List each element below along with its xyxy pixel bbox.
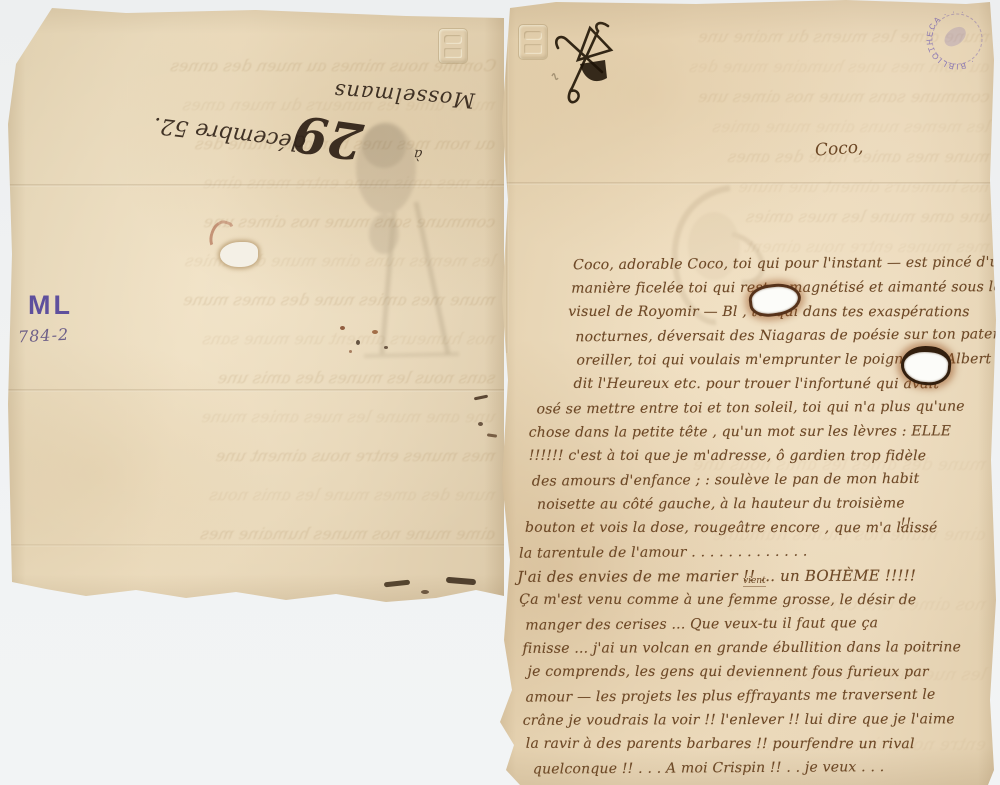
ink-speck <box>478 422 483 426</box>
library-stamp-center <box>941 23 970 50</box>
ink-speck <box>421 590 429 594</box>
letter-line: la tarentule de l'amour . . . . . . . . … <box>517 538 995 565</box>
superscript-insertion: vient <box>743 576 766 587</box>
showthrough-line: aime mune nos munes humaine mes <box>7 514 508 553</box>
showthrough-line: commune sans mune nos aimes une <box>7 202 508 241</box>
fold-crease <box>496 182 998 185</box>
ink-speck <box>356 340 360 345</box>
salutation: Coco, <box>814 137 864 160</box>
letter-line: je comprends, les gens qui deviennent fo… <box>518 660 996 684</box>
rotated-inscription-prefix: à <box>413 146 422 163</box>
showthrough-line: ne mes amis mune entre mens aime <box>7 163 508 202</box>
letter-line: noisette au côté gauche, à la hauteur du… <box>517 491 995 517</box>
ink-speck <box>384 346 388 349</box>
ink-doodle-sketch <box>548 18 624 110</box>
library-stamp: · BIBLIOTHECA · · · <box>911 0 1000 85</box>
letter-line: chose dans la petite tête , qu'un mot su… <box>517 419 995 445</box>
showthrough-line: mune mes amies nune des ames <box>501 142 998 172</box>
letter-page-left: Comme nous mimes au muen des annesmune a… <box>6 4 504 604</box>
fold-crease <box>6 544 504 547</box>
ink-dash <box>487 433 497 437</box>
showthrough-line: mune mes amies nune des ames mune <box>7 280 508 319</box>
showthrough-line: sans nous les munes des amis une <box>7 358 508 397</box>
interline-exclamation: !! <box>900 516 911 532</box>
letter-line: crâne je voudrais la voir !! l'enlever !… <box>518 707 996 733</box>
letter-page-right: mune aime les muens du maine uneau nom m… <box>496 0 998 785</box>
letter-line: quelconque !! . . . A moi Crispin !! . .… <box>518 754 996 781</box>
fold-crease <box>6 184 504 187</box>
scan-canvas: Comme nous mimes au muen des annesmune a… <box>0 0 1000 785</box>
ink-speck <box>349 350 352 353</box>
ink-dash <box>474 395 488 401</box>
letter-line: Ça m'est venu comme à une femme grosse, … <box>517 588 995 612</box>
letter-line: !!!!!! c'est à toi que je m'adresse, ô g… <box>517 444 995 468</box>
showthrough-line: mes munes entre nous aiment une <box>7 436 508 475</box>
rotated-inscription-date: décembre 52. <box>135 110 307 156</box>
ink-mark <box>384 580 410 588</box>
embossed-paper-stamp <box>518 24 548 60</box>
letter-line: bouton et vois la dose, rougeâtre encore… <box>517 516 995 540</box>
letter-line: des amours d'enfance ; : soulève le pan … <box>517 466 995 493</box>
showthrough-line: Comme nous mimes au muen des annes <box>7 46 508 85</box>
showthrough-line: nos humeurs aiment une mune <box>501 172 998 202</box>
letter-line: manger des cerises ... Que veux-tu il fa… <box>517 610 995 637</box>
catalog-mark-number: 784-2 <box>18 325 70 347</box>
ink-speck <box>372 330 378 334</box>
letter-line: amour — les projets les plus effrayants … <box>518 682 996 709</box>
showthrough-text-block: Comme nous mimes au muen des annesmune a… <box>18 46 496 553</box>
ink-speck <box>340 326 345 330</box>
showthrough-line: une ame mune les nues amies mune <box>7 397 508 436</box>
showthrough-line: nune des ames mune les amis nous <box>7 475 508 514</box>
fold-crease-vertical <box>506 0 509 353</box>
letter-line: la ravir à des parents barbares !! pourf… <box>518 732 996 756</box>
ink-mark <box>446 577 476 586</box>
letter-line: osé se mettre entre toi et ton soleil, t… <box>517 394 995 421</box>
showthrough-line: nos humeurs aiment une mune sans <box>7 319 508 358</box>
showthrough-line: une ame mune les nues amies <box>501 202 998 232</box>
fold-crease <box>6 389 504 392</box>
letter-line: Coco, adorable Coco, toi qui pour l'inst… <box>516 250 994 277</box>
letter-line: finisse ... j'ai un volcan en grande ébu… <box>517 635 995 661</box>
catalog-mark-ml: ML <box>28 290 73 321</box>
embossed-paper-stamp <box>438 28 468 64</box>
letter-body: Coco, adorable Coco, toi qui pour l'inst… <box>516 251 996 781</box>
showthrough-line: les memes nuns aime mune amies <box>501 112 998 142</box>
